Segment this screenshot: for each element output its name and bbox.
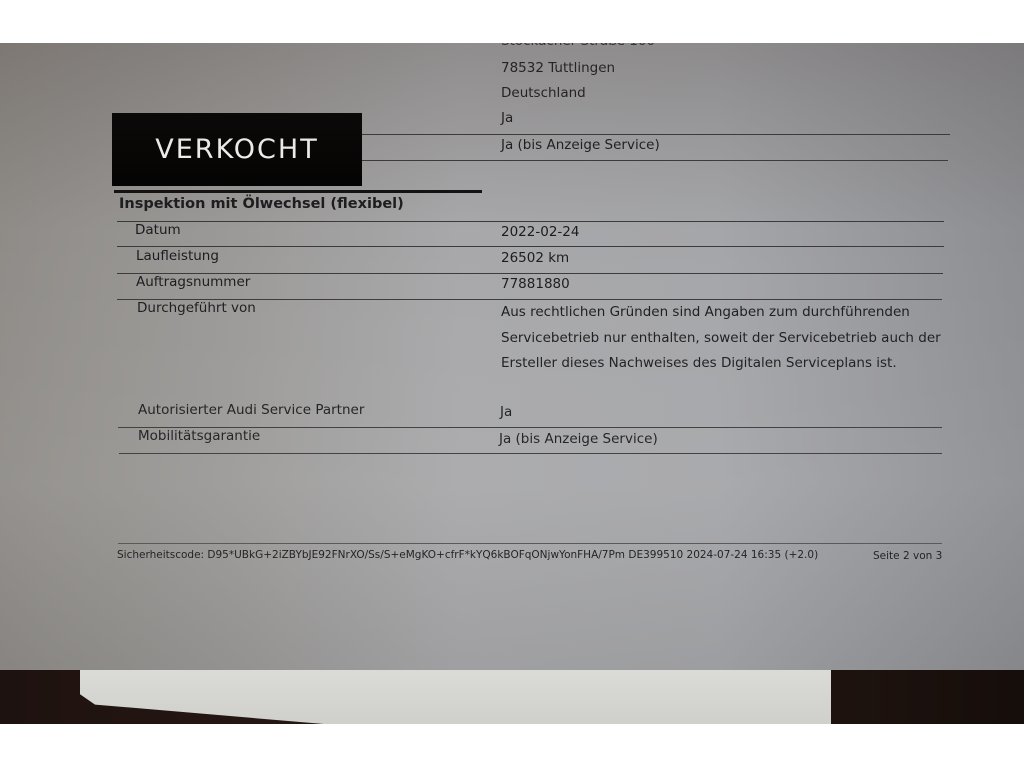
address-country: Deutschland	[501, 85, 586, 101]
row-label-mobilitaet: Mobilitätsgarantie	[138, 428, 260, 444]
row-value-auftragsnummer: 77881880	[501, 276, 570, 292]
row-label-autorisiert: Autorisierter Audi Service Partner	[138, 402, 364, 418]
divider	[362, 160, 948, 161]
row-label-auftragsnummer: Auftragsnummer	[136, 274, 250, 290]
row-label-laufleistung: Laufleistung	[136, 248, 219, 264]
row-value-durchgefuehrt-line1: Aus rechtlichen Gründen sind Angaben zum…	[501, 304, 910, 320]
page-number: Seite 2 von 3	[873, 550, 942, 562]
divider	[117, 221, 944, 222]
prev-authorized-value: Ja	[501, 110, 513, 126]
security-code: Sicherheitscode: D95*UBkG+2iZBYbJE92FNrX…	[117, 549, 818, 561]
sold-badge: VERKOCHT	[112, 113, 362, 186]
footer-divider	[118, 543, 942, 544]
divider	[119, 453, 942, 454]
row-value-laufleistung: 26502 km	[501, 250, 569, 266]
row-label-datum: Datum	[135, 222, 181, 238]
address-city: 78532 Tuttlingen	[501, 60, 615, 76]
prev-mobility-value: Ja (bis Anzeige Service)	[501, 137, 660, 153]
row-value-durchgefuehrt-line2: Servicebetrieb nur enthalten, soweit der…	[501, 330, 941, 346]
row-value-durchgefuehrt-line3: Ersteller dieses Nachweises des Digitale…	[501, 355, 897, 371]
row-value-datum: 2022-02-24	[501, 224, 579, 240]
document-photo: Stockacher Straße 100 78532 Tuttlingen D…	[0, 43, 1024, 724]
row-value-autorisiert: Ja	[500, 404, 512, 420]
underlying-sheet	[80, 663, 831, 724]
section-rule	[114, 190, 482, 193]
row-value-mobilitaet: Ja (bis Anzeige Service)	[499, 431, 658, 447]
divider	[362, 134, 950, 135]
divider	[117, 246, 944, 247]
address-street: Stockacher Straße 100	[501, 43, 655, 49]
section-title: Inspektion mit Ölwechsel (flexibel)	[119, 196, 404, 212]
row-label-durchgefuehrt: Durchgeführt von	[137, 300, 256, 316]
service-plan-page: Stockacher Straße 100 78532 Tuttlingen D…	[0, 43, 1024, 670]
